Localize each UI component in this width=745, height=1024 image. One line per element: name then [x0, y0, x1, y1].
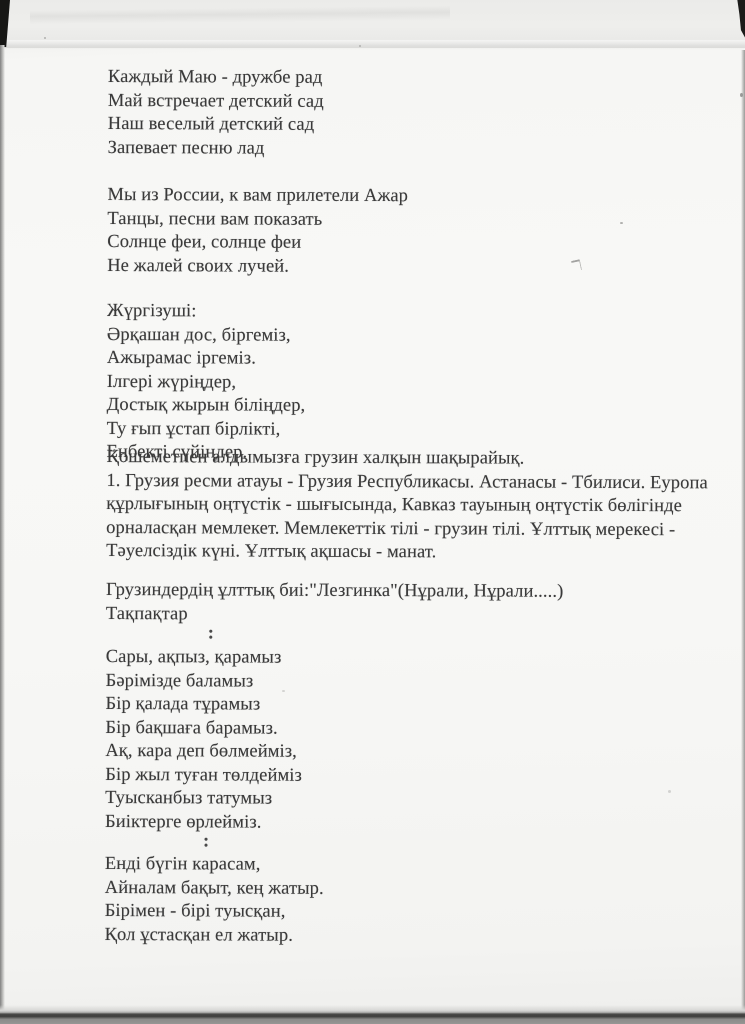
text-line: Енді бүгін карасам,	[105, 853, 324, 877]
scan-speck	[133, 100, 135, 102]
text-line: Жүргізуші:	[107, 300, 306, 324]
text-line: Бірімен - бірі туысқан,	[105, 900, 324, 924]
stanza-russian-2: Мы из России, к вам прилетели АжарТанцы,…	[107, 184, 408, 279]
text-line: Наш веселый детский сад	[108, 113, 324, 137]
colon-mark-1: :	[208, 622, 214, 646]
text-line: Ілгері жүріңдер,	[107, 370, 306, 394]
text-line: Достық жырын біліңдер,	[107, 394, 306, 418]
text-line: Танцы, песни вам показать	[107, 207, 408, 232]
scan-speck	[620, 222, 623, 224]
document-text: Каждый Маю - дружбе радМай встречает дет…	[0, 0, 745, 1024]
text-line: Бір бақшаға барамыз.	[105, 716, 302, 740]
text-line: Солнце феи, солнце феи	[107, 231, 408, 256]
stanza-lezginka: Грузиндердің ұлттық биі:"Лезгинка"(Нұрал…	[106, 579, 564, 628]
text-line: Айналам бақыт, кең жатыр.	[105, 876, 324, 900]
stanza-presenter: Жүргізуші:Әрқашан дос, біргеміз,Ажырамас…	[106, 300, 305, 465]
text-line: Ажырамас іргеміз.	[107, 347, 306, 371]
text-line: Ту ғып ұстап бірлікті,	[107, 417, 306, 441]
text-line: орналасқан мемлекет. Мемлекеттік тілі - …	[106, 516, 708, 542]
text-line: құрлығының оңтүстік - шығысында, Кавказ …	[106, 493, 708, 519]
text-line: Ақ, кара деп бөлмейміз,	[105, 740, 302, 764]
paragraph-georgia: Қошеметпен алдымызға грузин халқын шақыр…	[106, 446, 708, 566]
text-line: Қол ұстасқан ел жатыр.	[105, 923, 324, 947]
scan-speck	[282, 690, 285, 692]
text-line: 1. Грузия ресми атауы - Грузия Республик…	[106, 469, 708, 495]
text-line: Әрқашан дос, біргеміз,	[107, 323, 306, 347]
text-line: Туысканбыз татумыз	[105, 787, 302, 811]
text-line: Қошеметпен алдымызға грузин халқын шақыр…	[106, 446, 708, 472]
text-line: Запевает песню лад	[108, 136, 324, 160]
text-line: Май встречает детский сад	[108, 89, 324, 113]
stanza-poem-1: Сары, ақпыз, қарамызБәрімізде баламызБір…	[105, 646, 302, 835]
scan-speck	[740, 93, 743, 97]
scan-speck	[359, 45, 361, 47]
text-line: Не жалей своих лучей.	[107, 254, 408, 279]
scan-speck	[668, 790, 671, 793]
text-line: Бір қалада тұрамыз	[105, 693, 302, 717]
text-line: Мы из России, к вам прилетели Ажар	[107, 184, 408, 209]
scanned-page: Каждый Маю - дружбе радМай встречает дет…	[0, 0, 745, 1024]
text-line: Грузиндердің ұлттық биі:"Лезгинка"(Нұрал…	[106, 579, 563, 604]
stanza-russian-1: Каждый Маю - дружбе радМай встречает дет…	[108, 66, 324, 161]
text-line: Бір жыл туған төлдейміз	[105, 763, 302, 787]
scan-speck	[44, 37, 46, 39]
text-line: Тақпақтар	[106, 602, 563, 627]
text-line: Тәуелсіздік күні. Ұлттық ақшасы - манат.	[106, 540, 708, 566]
text-line: Сары, ақпыз, қарамыз	[106, 646, 303, 670]
text-line: Бәрімізде баламыз	[106, 669, 303, 693]
stanza-poem-2: Енді бүгін карасам,Айналам бақыт, кең жа…	[105, 853, 324, 948]
text-line: Каждый Маю - дружбе рад	[108, 66, 324, 90]
colon-mark-2: :	[203, 830, 209, 854]
